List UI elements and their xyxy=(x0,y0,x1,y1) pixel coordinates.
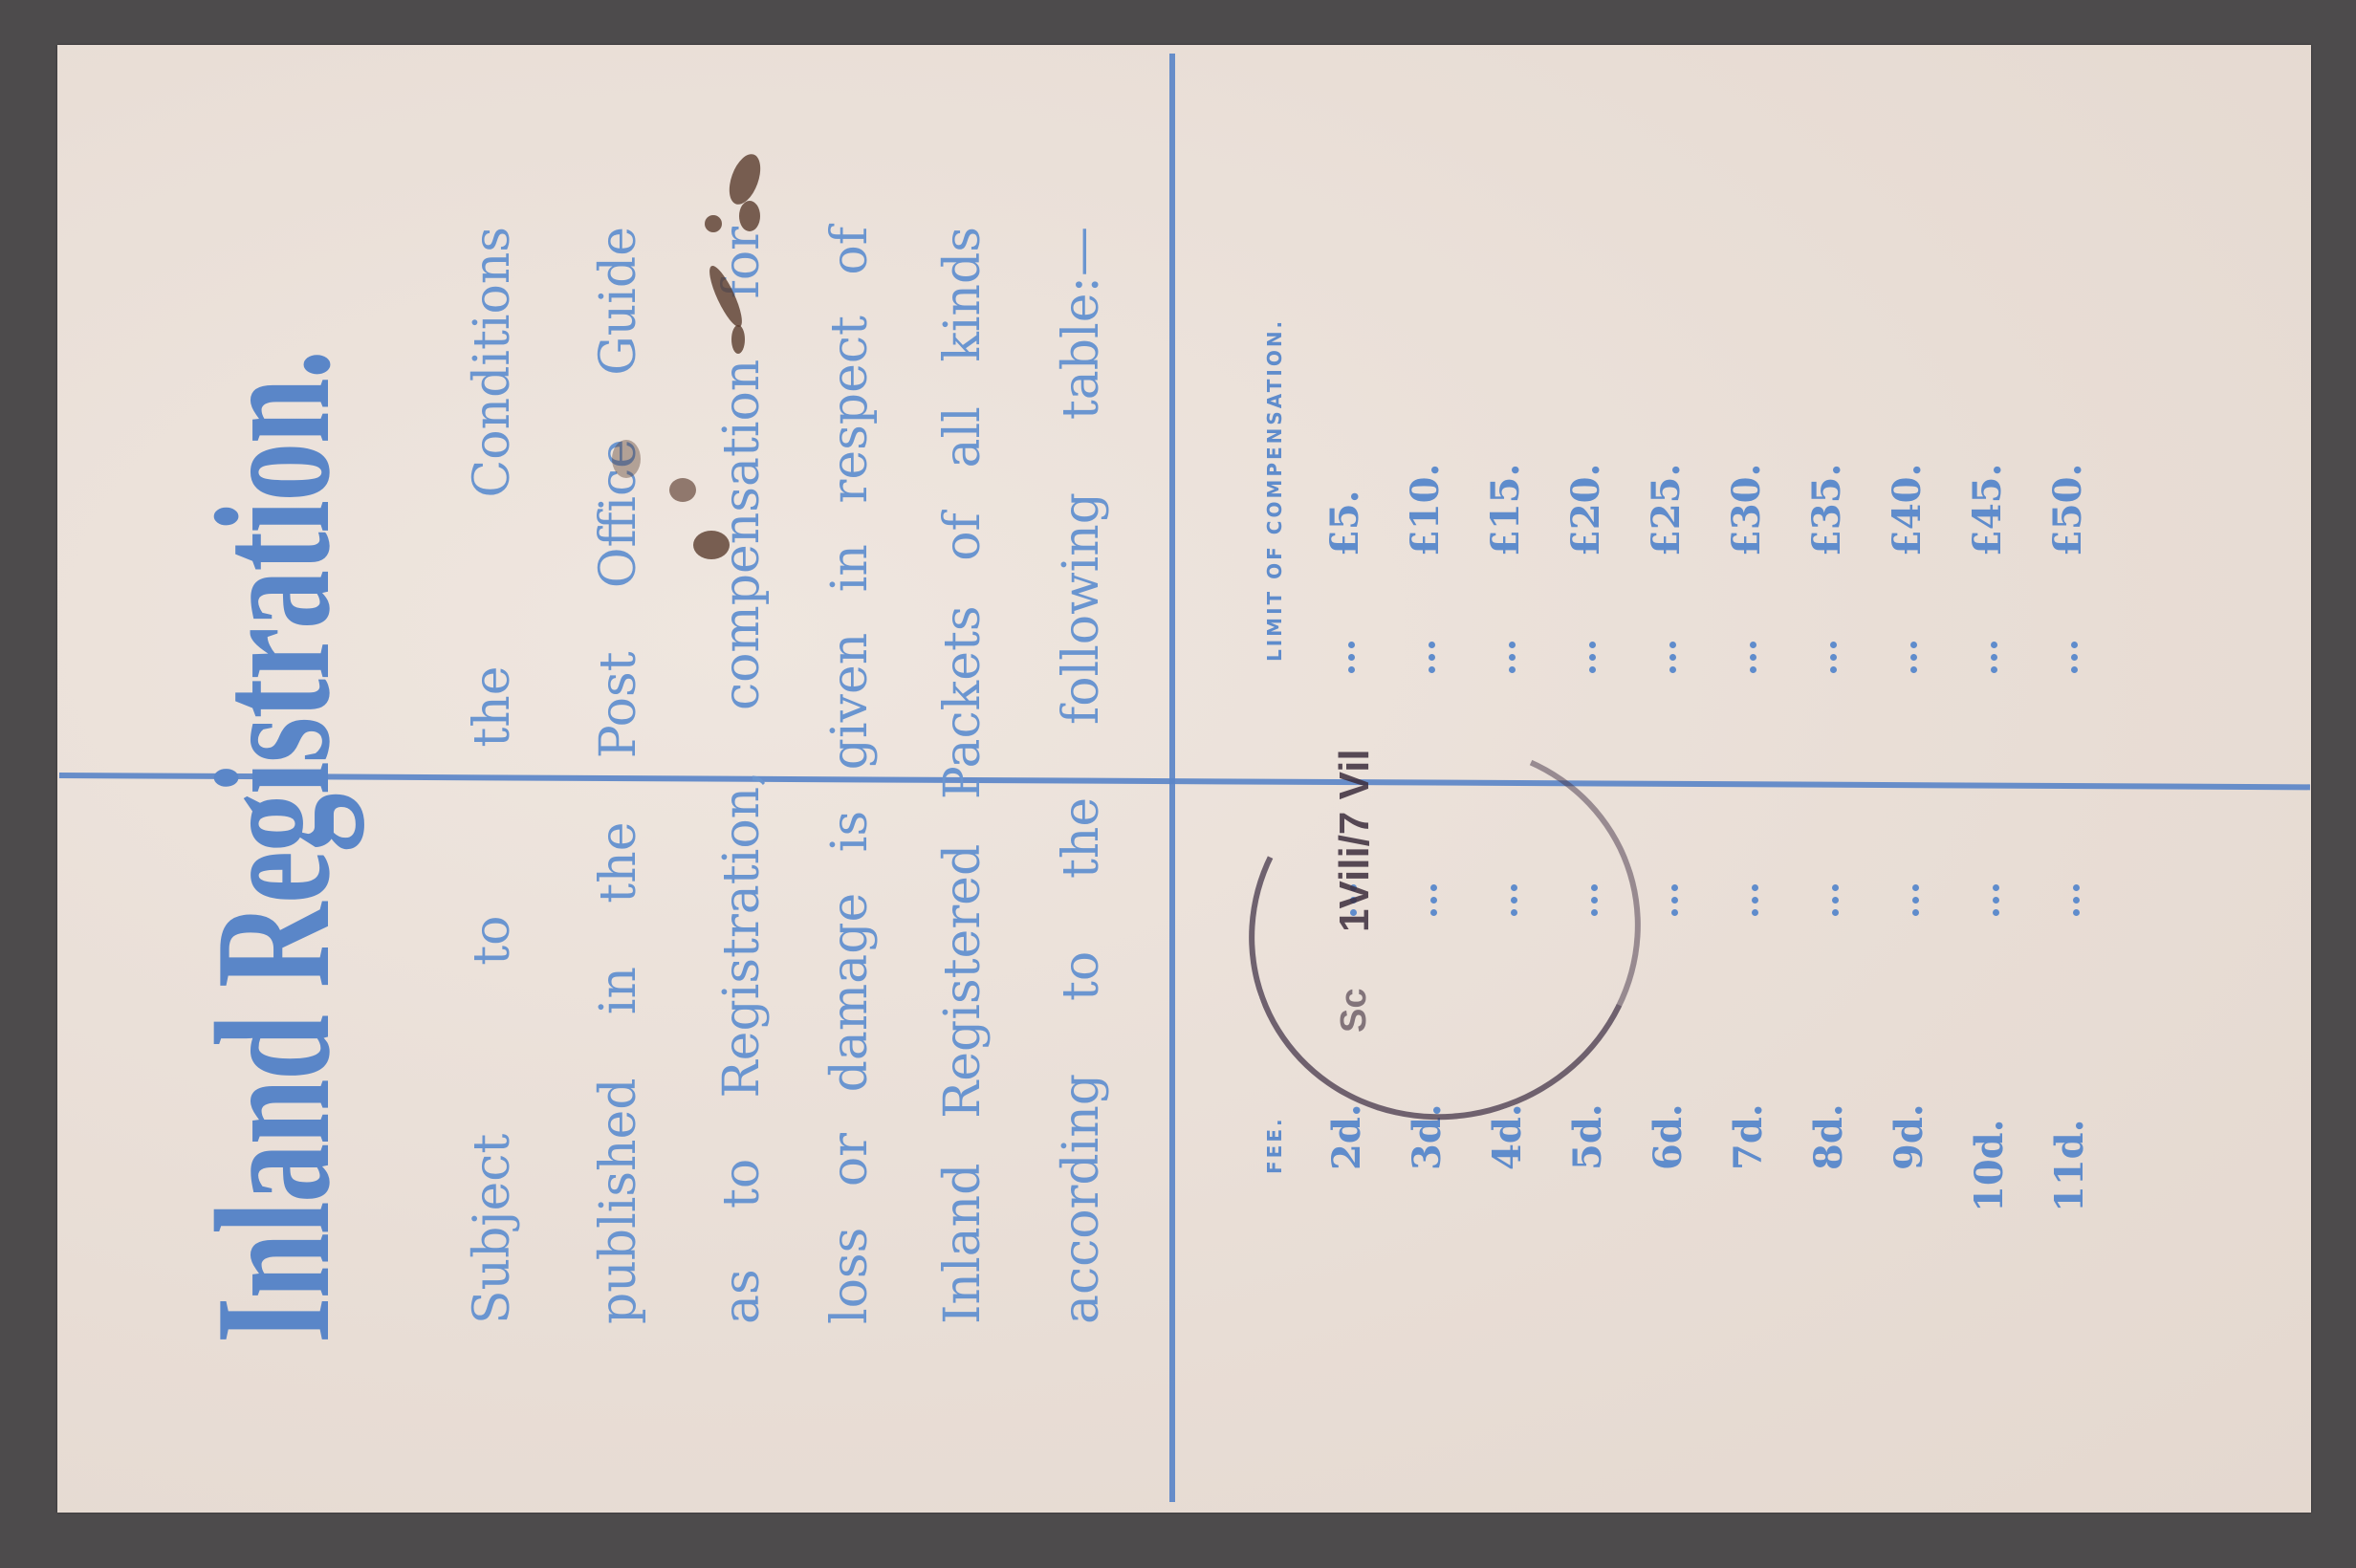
leader-dots xyxy=(1910,642,1918,679)
leader-dots xyxy=(1993,884,2000,922)
fee-value: 8d. xyxy=(1806,1103,1852,1170)
vertical-rule xyxy=(1169,54,1175,1502)
leader-dots xyxy=(1991,642,1998,679)
postmark-date: 1Vili/7 Vil xyxy=(1331,749,1379,932)
leader-dots xyxy=(1832,884,1840,922)
leader-dots xyxy=(1671,884,1679,922)
ink-mark xyxy=(669,478,696,502)
fee-value: 4d. xyxy=(1485,1103,1531,1170)
ink-mark xyxy=(705,215,722,232)
fee-value: 7d. xyxy=(1726,1103,1772,1170)
limit-value: £5. xyxy=(1322,490,1368,556)
body-line-5: Inland Registered Packets of all kinds xyxy=(933,227,993,1324)
limit-value: £35. xyxy=(1804,464,1850,556)
ink-mark xyxy=(739,201,760,231)
leader-dots xyxy=(1669,642,1677,679)
leader-dots xyxy=(1589,642,1597,679)
leader-dots xyxy=(1912,884,1920,922)
limit-header: LIMIT OF COMPENSATION. xyxy=(1264,318,1285,662)
body-line-3: as to Registration, compensation for xyxy=(712,227,772,1324)
body-line-2: published in the Post Office Guide xyxy=(589,227,648,1324)
leader-dots xyxy=(1830,642,1838,679)
leader-dots xyxy=(1429,642,1436,679)
leader-dots xyxy=(1348,642,1356,679)
fee-value: 5d. xyxy=(1565,1103,1611,1170)
body-line-6: according to the following table:— xyxy=(1052,227,1111,1324)
body-line-4: loss or damage is given in respect of xyxy=(820,227,880,1324)
limit-value: £45. xyxy=(1965,464,2011,556)
leader-dots xyxy=(2071,642,2079,679)
limit-value: £30. xyxy=(1724,464,1770,556)
fee-value: 9d. xyxy=(1887,1103,1932,1170)
leader-dots xyxy=(2073,884,2081,922)
title-text: Inland Registration. xyxy=(191,351,356,1343)
fee-value: 11d. xyxy=(2047,1119,2093,1212)
page-title: Inland Registration. xyxy=(191,0,356,1343)
postmark-lower-text: Sc xyxy=(1334,989,1375,1033)
leader-dots xyxy=(1752,884,1759,922)
fee-value: 2d. xyxy=(1324,1103,1370,1170)
ink-mark xyxy=(612,440,641,478)
limit-value: £15. xyxy=(1483,464,1529,556)
fee-value: 6d. xyxy=(1646,1103,1691,1170)
ink-mark xyxy=(731,325,745,354)
limit-value: £40. xyxy=(1885,464,1931,556)
limit-value: £10. xyxy=(1403,464,1449,556)
ink-mark xyxy=(693,531,730,559)
fee-header: FEE. xyxy=(1264,1116,1285,1174)
body-line-1: Subject to the Conditions xyxy=(463,227,522,1324)
limit-value: £50. xyxy=(2045,464,2091,556)
limit-value: £25. xyxy=(1644,464,1690,556)
limit-value: £20. xyxy=(1563,464,1609,556)
fee-value: 10d. xyxy=(1967,1119,2013,1212)
leader-dots xyxy=(1750,642,1757,679)
leader-dots xyxy=(1509,642,1516,679)
